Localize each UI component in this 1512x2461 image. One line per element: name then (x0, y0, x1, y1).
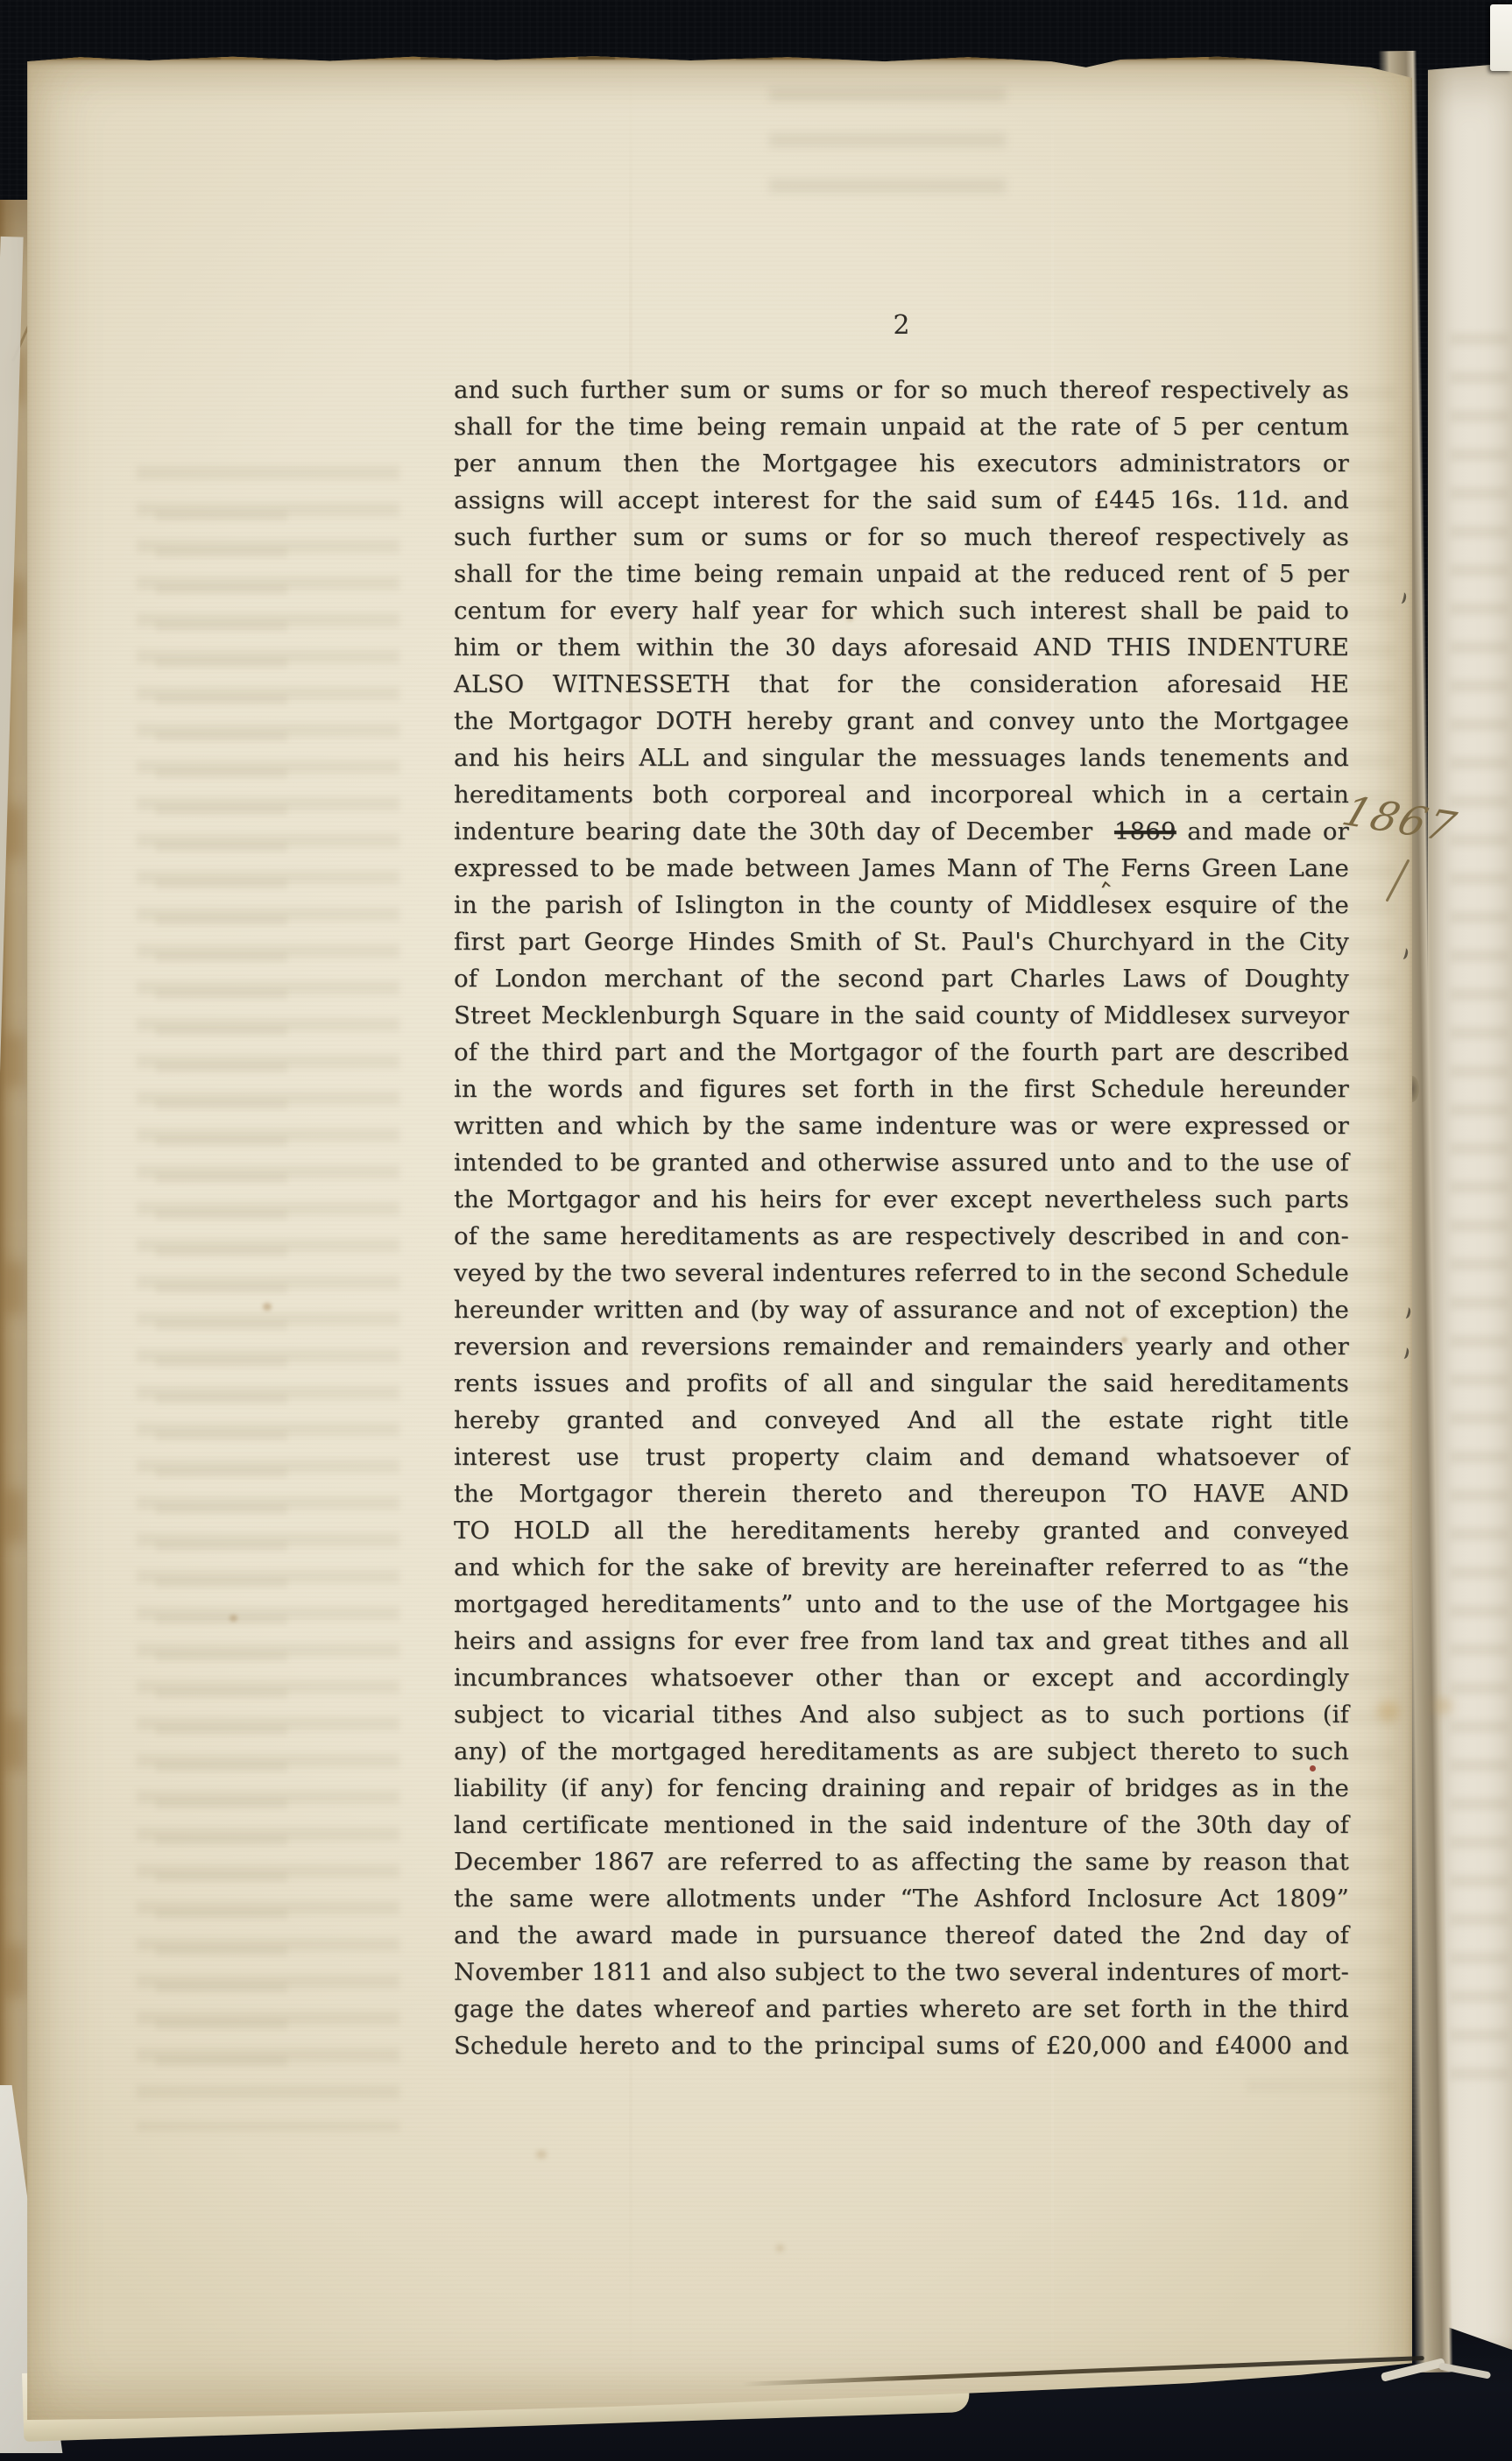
text-line: expressed to be made between James Mann … (454, 850, 1349, 887)
struck-year: 1869 (1114, 817, 1176, 845)
text-line: of the third part and the Mortgagor of t… (454, 1034, 1349, 1071)
text-line: intended to be granted and otherwise ass… (454, 1144, 1349, 1181)
text-line: of the same hereditaments as are respect… (454, 1218, 1349, 1255)
text-line: the Mortgagor and his heirs for ever exc… (454, 1181, 1349, 1218)
text-line: November 1811 and also subject to the tw… (454, 1954, 1349, 1991)
text-line: and the award made in pursuance thereof … (454, 1917, 1349, 1954)
text-line: gage the dates whereof and parties where… (454, 1991, 1349, 2027)
text-line: heirs and assigns for ever free from lan… (454, 1623, 1349, 1659)
text-line: veyed by the two several indentures refe… (454, 1255, 1349, 1291)
text-line: the Mortgagor DOTH hereby grant and conv… (454, 703, 1349, 739)
text-line: such further sum or sums or for so much … (454, 519, 1349, 555)
text-line: shall for the time being remain unpaid a… (454, 555, 1349, 592)
text-line: Schedule hereto and to the principal sum… (454, 2027, 1349, 2064)
document-page: 2 and such further sum or sums or for so… (25, 54, 1412, 2420)
text-line: land certificate mentioned in the said i… (454, 1807, 1349, 1843)
text-segment: indenture bearing date the 30th day of D… (454, 817, 1104, 845)
text-line: the Mortgagor therein thereto and thereu… (454, 1475, 1349, 1512)
text-line: assigns will accept interest for the sai… (454, 482, 1349, 519)
red-ink-speck (1310, 1765, 1316, 1771)
page-number: 2 (454, 310, 1349, 341)
text-line: hereby granted and conveyed And all the … (454, 1402, 1349, 1439)
white-corner-tab (1490, 4, 1512, 71)
tan-stain (1433, 1698, 1452, 1714)
text-line: and which for the sake of brevity are he… (454, 1549, 1349, 1586)
text-line: December 1867 are referred to as affecti… (454, 1843, 1349, 1880)
text-line: subject to vicarial tithes And also subj… (454, 1696, 1349, 1733)
text-line: hereunder written and (by way of assuran… (454, 1291, 1349, 1328)
text-line: and such further sum or sums or for so m… (454, 371, 1349, 408)
text-line: centum for every half year for which suc… (454, 592, 1349, 629)
text-line: him or them within the 30 days aforesaid… (454, 629, 1349, 666)
text-line: reversion and reversions remainder and r… (454, 1328, 1349, 1365)
text-line: mortgaged hereditaments” unto and to the… (454, 1586, 1349, 1623)
adjacent-page-showthrough (1451, 333, 1508, 2103)
text-segment: and made or (1176, 817, 1349, 845)
text-line: TO HOLD all the hereditaments hereby gra… (454, 1512, 1349, 1549)
text-line: incumbrances whatsoever other than or ex… (454, 1659, 1349, 1696)
tan-stain (1377, 1701, 1400, 1721)
text-line: and his heirs ALL and singular the messu… (454, 739, 1349, 776)
text-line: interest use trust property claim and de… (454, 1439, 1349, 1475)
text-line: per annum then the Mortgagee his executo… (454, 445, 1349, 482)
text-line: shall for the time being remain unpaid a… (454, 408, 1349, 445)
text-line: Street Mecklenburgh Square in the said c… (454, 997, 1349, 1034)
text-line: any) of the mortgaged hereditaments as a… (454, 1733, 1349, 1770)
text-line: liability (if any) for fencing draining … (454, 1770, 1349, 1807)
text-line: ALSO WITNESSETH that for the considerati… (454, 666, 1349, 703)
text-line: the same were allotments under “The Ashf… (454, 1880, 1349, 1917)
text-line: written and which by the same indenture … (454, 1107, 1349, 1144)
text-line: in the parish of Islington in the county… (454, 887, 1349, 923)
text-line: hereditaments both corporeal and incorpo… (454, 776, 1349, 813)
text-line: rents issues and profits of all and sing… (454, 1365, 1349, 1402)
body-text-block: and such further sum or sums or for so m… (454, 371, 1349, 2064)
text-line: indenture bearing date the 30th day of D… (454, 813, 1349, 850)
text-line: in the words and figures set forth in th… (454, 1071, 1349, 1107)
text-line: of London merchant of the second part Ch… (454, 960, 1349, 997)
text-line: first part George Hindes Smith of St. Pa… (454, 923, 1349, 960)
book-scan: 2 and such further sum or sums or for so… (0, 0, 1512, 2461)
